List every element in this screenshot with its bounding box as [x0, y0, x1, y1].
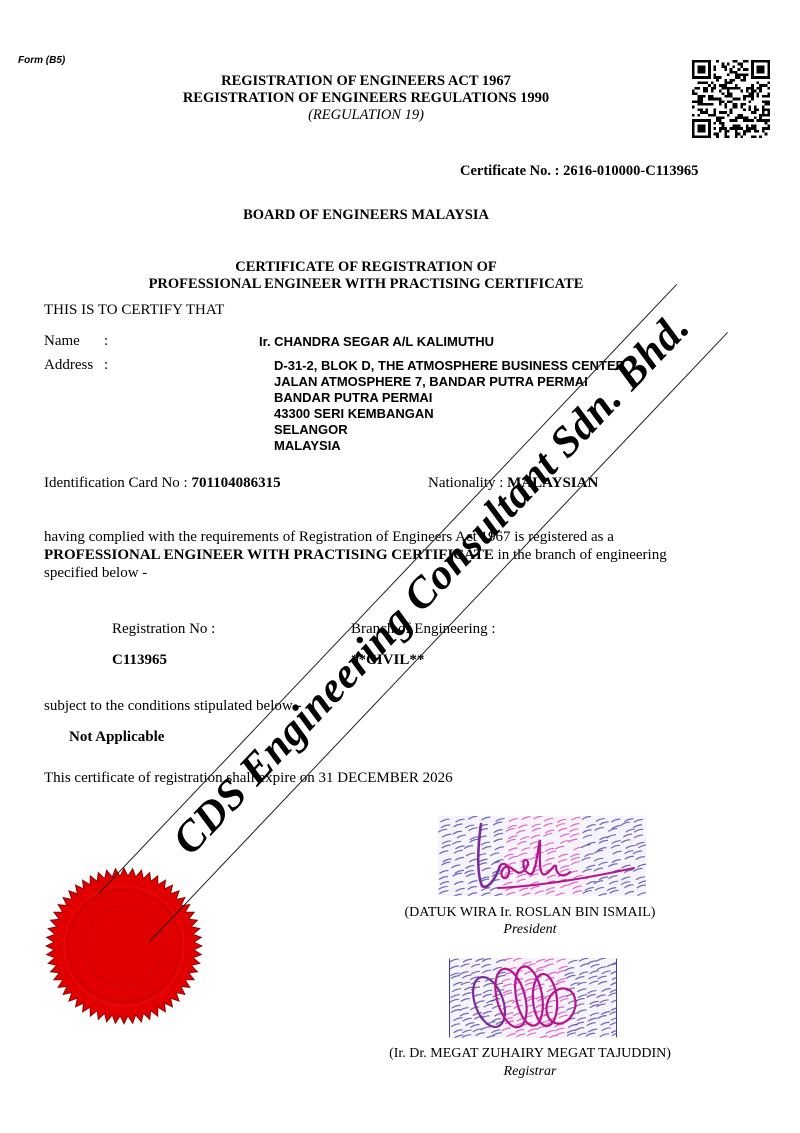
- compliance-statement: having complied with the requirements of…: [44, 528, 764, 582]
- act-header: REGISTRATION OF ENGINEERS ACT 1967 REGIS…: [0, 73, 732, 124]
- certificate-title: CERTIFICATE OF REGISTRATION OF PROFESSIO…: [0, 259, 732, 293]
- expiry-statement: This certificate of registration shall e…: [44, 770, 453, 787]
- registration-number-label: Registration No :: [112, 621, 215, 638]
- compliance-line-1: having complied with the requirements of…: [44, 528, 764, 546]
- certify-intro: THIS IS TO CERTIFY THAT: [44, 302, 224, 319]
- holder-name: Ir. CHANDRA SEGAR A/L KALIMUTHU: [259, 334, 494, 349]
- registration-type: PROFESSIONAL ENGINEER WITH PRACTISING CE…: [44, 547, 494, 563]
- red-seal-icon: [44, 866, 204, 1026]
- registrar-signature-icon: [449, 958, 617, 1038]
- address-line: SELANGOR: [274, 422, 625, 438]
- registrar-name: (Ir. Dr. MEGAT ZUHAIRY MEGAT TAJUDDIN): [340, 1046, 720, 1062]
- certificate-title-line-2: PROFESSIONAL ENGINEER WITH PRACTISING CE…: [0, 276, 732, 293]
- act-line-1: REGISTRATION OF ENGINEERS ACT 1967: [0, 73, 732, 90]
- certificate-number-label: Certificate No. :: [460, 163, 559, 179]
- address-line: D-31-2, BLOK D, THE ATMOSPHERE BUSINESS …: [274, 358, 625, 374]
- branch-label: Branch of Engineering :: [351, 621, 496, 638]
- address-line: 43300 SERI KEMBANGAN: [274, 406, 625, 422]
- board-name: BOARD OF ENGINEERS MALAYSIA: [0, 207, 732, 224]
- compliance-line-3: specified below -: [44, 564, 764, 582]
- ic-label: Identification Card No :: [44, 475, 188, 491]
- qr-code-icon[interactable]: [692, 60, 770, 138]
- address-colon: :: [104, 357, 108, 374]
- compliance-line-2: PROFESSIONAL ENGINEER WITH PRACTISING CE…: [44, 546, 764, 564]
- act-line-2: REGISTRATION OF ENGINEERS REGULATIONS 19…: [0, 90, 732, 107]
- holder-address: D-31-2, BLOK D, THE ATMOSPHERE BUSINESS …: [274, 358, 625, 454]
- nationality-label: Nationality :: [428, 475, 503, 491]
- nationality-value: MALAYSIAN: [507, 475, 598, 491]
- address-line: BANDAR PUTRA PERMAI: [274, 390, 625, 406]
- name-colon: :: [104, 333, 108, 350]
- address-line: MALAYSIA: [274, 438, 625, 454]
- president-name: (DATUK WIRA Ir. ROSLAN BIN ISMAIL): [340, 905, 720, 921]
- certificate-number-value: 2616-010000-C113965: [563, 163, 698, 179]
- branch-value: **CIVIL**: [351, 652, 424, 669]
- ic-row: Identification Card No : 701104086315: [44, 475, 281, 492]
- address-label: Address: [44, 357, 93, 374]
- address-line: JALAN ATMOSPHERE 7, BANDAR PUTRA PERMAI: [274, 374, 625, 390]
- conditions-label: subject to the conditions stipulated bel…: [44, 698, 301, 715]
- ic-number: 701104086315: [191, 475, 280, 491]
- compliance-line-2-rest: in the branch of engineering: [494, 547, 667, 563]
- name-label: Name: [44, 333, 80, 350]
- form-label: Form (B5): [18, 55, 65, 66]
- certificate-number: Certificate No. : 2616-010000-C113965: [460, 163, 698, 180]
- conditions-value: Not Applicable: [69, 729, 164, 746]
- president-signature-icon: [438, 816, 646, 896]
- nationality-row: Nationality : MALAYSIAN: [428, 475, 598, 492]
- registration-number: C113965: [112, 652, 167, 669]
- regulation-line: (REGULATION 19): [0, 107, 732, 124]
- president-title: President: [340, 922, 720, 938]
- registrar-title: Registrar: [340, 1064, 720, 1080]
- certificate-title-line-1: CERTIFICATE OF REGISTRATION OF: [0, 259, 732, 276]
